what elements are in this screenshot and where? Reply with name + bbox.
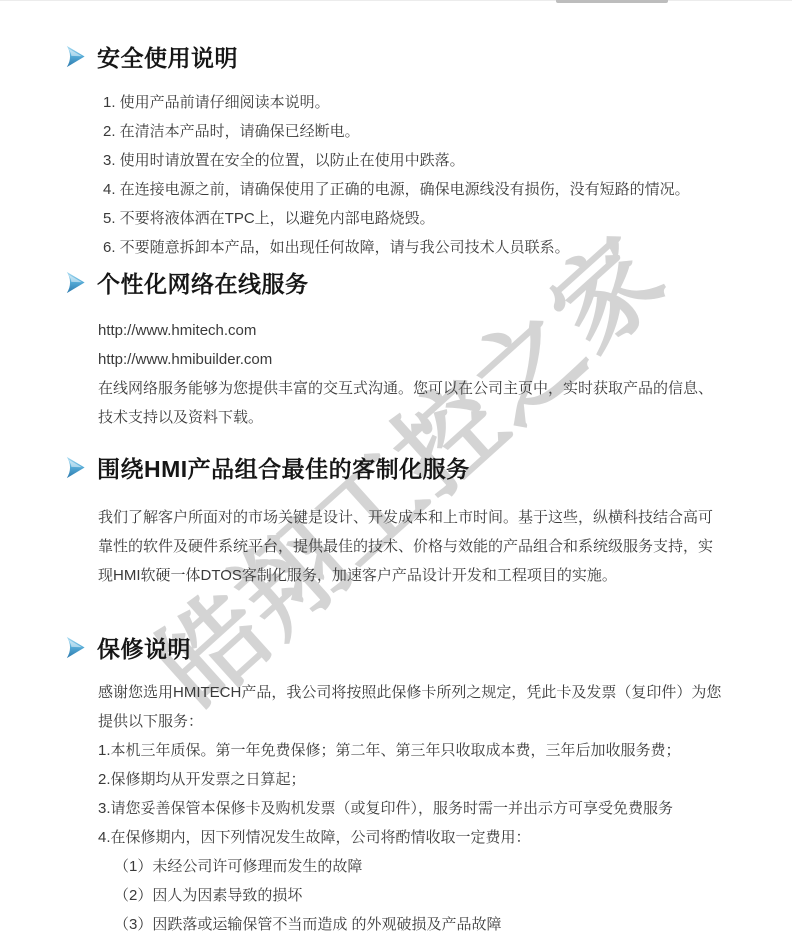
website-url-hmitech: http://www.hmitech.com (98, 316, 713, 345)
play-triangle-icon (62, 270, 87, 295)
page-content: 安全使用说明 1. 使用产品前请仔细阅读本说明。 2. 在清洁本产品时，请确保已… (0, 0, 792, 950)
warranty-text-line: 2.保修期均从开发票之日算起； (98, 765, 721, 794)
section-title-warranty: 保修说明 (97, 631, 191, 664)
warranty-text-line: 3.请您妥善保管本保修卡及购机发票（或复印件），服务时需一并出示方可享受免费服务 (98, 794, 721, 823)
section-title-safety: 安全使用说明 (97, 40, 238, 73)
warranty-text-line: 1.本机三年质保。第一年免费保修；第二年、第三年只收取成本费，三年后加收服务费； (98, 736, 721, 765)
online-service-text-line: 技术支持以及资料下载。 (98, 403, 713, 432)
customization-text-line: 现HMI软硬一体DTOS客制化服务，加速客户产品设计开发和工程项目的实施。 (98, 561, 713, 590)
warranty-text-line: 提供以下服务： (98, 707, 721, 736)
section-title-customization: 围绕HMI产品组合最佳的客制化服务 (97, 451, 470, 484)
page-edge-artifact (556, 0, 668, 3)
online-service-body: http://www.hmitech.com http://www.hmibui… (98, 316, 713, 432)
safety-item: 5. 不要将液体洒在TPC上，以避免内部电路烧毁。 (103, 204, 690, 233)
page-top-divider (0, 0, 792, 1)
play-triangle-icon (62, 635, 87, 660)
safety-item: 6. 不要随意拆卸本产品，如出现任何故障，请与我公司技术人员联系。 (103, 233, 690, 262)
safety-instructions-list: 1. 使用产品前请仔细阅读本说明。 2. 在清洁本产品时，请确保已经断电。 3.… (103, 88, 690, 262)
safety-item: 2. 在清洁本产品时，请确保已经断电。 (103, 117, 690, 146)
customization-text-line: 我们了解客户所面对的市场关键是设计、开发成本和上市时间。基于这些，纵横科技结合高… (98, 503, 713, 532)
customization-body: 我们了解客户所面对的市场关键是设计、开发成本和上市时间。基于这些，纵横科技结合高… (98, 503, 713, 590)
section-title-online-service: 个性化网络在线服务 (97, 266, 309, 299)
warranty-body: 感谢您选用HMITECH产品，我公司将按照此保修卡所列之规定，凭此卡及发票（复印… (98, 678, 721, 939)
section-header-safety: 安全使用说明 (62, 40, 238, 73)
warranty-subitem: （2）因人为因素导致的损坏 (114, 881, 721, 910)
section-header-warranty: 保修说明 (62, 631, 191, 664)
safety-item: 4. 在连接电源之前，请确保使用了正确的电源，确保电源线没有损伤，没有短路的情况… (103, 175, 690, 204)
warranty-subitem: （1）未经公司许可修理而发生的故障 (114, 852, 721, 881)
website-url-hmibuilder: http://www.hmibuilder.com (98, 345, 713, 374)
play-triangle-icon (62, 44, 87, 69)
play-triangle-icon (62, 455, 87, 480)
section-header-online-service: 个性化网络在线服务 (62, 266, 309, 299)
safety-item: 1. 使用产品前请仔细阅读本说明。 (103, 88, 690, 117)
warranty-text-line: 感谢您选用HMITECH产品，我公司将按照此保修卡所列之规定，凭此卡及发票（复印… (98, 678, 721, 707)
online-service-text-line: 在线网络服务能够为您提供丰富的交互式沟通。您可以在公司主页中，实时获取产品的信息… (98, 374, 713, 403)
warranty-subitem: （3）因跌落或运输保管不当而造成 的外观破损及产品故障 (114, 910, 721, 939)
safety-item: 3. 使用时请放置在安全的位置，以防止在使用中跌落。 (103, 146, 690, 175)
customization-text-line: 靠性的软件及硬件系统平台，提供最佳的技术、价格与效能的产品组合和系统级服务支持，… (98, 532, 713, 561)
section-header-customization: 围绕HMI产品组合最佳的客制化服务 (62, 451, 470, 484)
warranty-text-line: 4.在保修期内，因下列情况发生故障，公司将酌情收取一定费用： (98, 823, 721, 852)
manual-page: 皓翔工控之家 安全使用说明 1. 使用产品前请仔细阅读本说明。 2. 在清洁本产… (0, 0, 792, 950)
